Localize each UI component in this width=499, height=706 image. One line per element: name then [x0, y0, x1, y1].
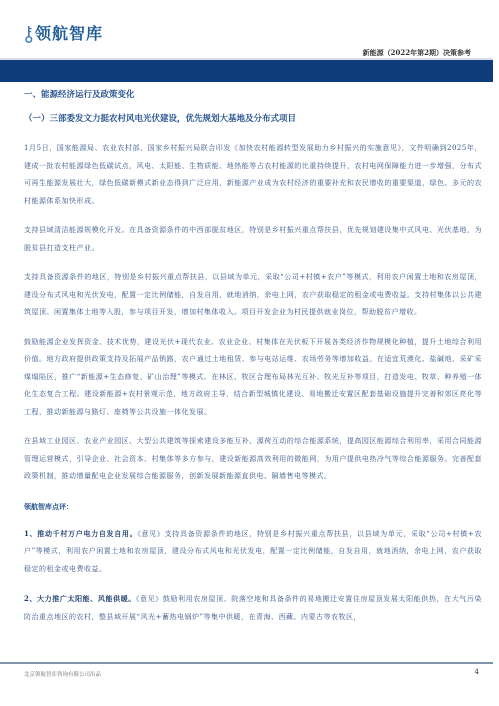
- publication-title: 新能源（2022年第2期）决策参考: [363, 48, 471, 58]
- paragraph: 1月5日，国家能源局、农业农村部、国家乡村振兴局联合印发《加快农村能源转型发展助…: [24, 140, 482, 210]
- footer-divider: [0, 662, 493, 664]
- logo: 领航智库: [24, 24, 103, 44]
- paragraph: 鼓励能源企业发挥资金、技术优势，建设光伏+现代农业。农业企业、村集体在光伏板下开…: [24, 334, 482, 422]
- key-icon: [24, 25, 33, 43]
- comment-item: 1、推动千村万户电力自发自用。《意见》支持具备资源条件的地区，特别是乡村振兴重点…: [24, 525, 482, 579]
- comment-item: 2、大力推广太阳能、风能供暖。《意见》鼓励利用农房屋顶、院落空地和具备条件的易地…: [24, 590, 482, 626]
- header-band: [0, 60, 493, 82]
- section-title: 一、能源经济运行及政策变化: [24, 88, 482, 102]
- comment-heading: 1、推动千村万户电力自发自用。: [24, 529, 137, 538]
- paragraph: 支持具备资源条件的地区，特别是乡村振兴重点帮扶县，以县域为单元，采取“公司+村镇…: [24, 269, 482, 322]
- document-body: 一、能源经济运行及政策变化 （一）三部委发文力挺农村风电光伏建设，优先规划大基地…: [24, 88, 482, 626]
- subsection-title: （一）三部委发文力挺农村风电光伏建设，优先规划大基地及分布式项目: [24, 112, 482, 126]
- comment-title: 领航智库点评：: [24, 498, 482, 515]
- paragraph: 在县域工业园区、农业产业园区、大型公共建筑等探索建设多能互补、源荷互动的综合能源…: [24, 433, 482, 486]
- footer-company: 北京领航智库咨询有限公司出品: [24, 670, 101, 678]
- logo-text: 领航智库: [35, 25, 103, 43]
- paragraph: 支持县域清洁能源规模化开发。在具备资源条件的中西部脱贫地区，特别是乡村振兴重点帮…: [24, 222, 482, 257]
- page-number: 4: [475, 668, 479, 676]
- comment-heading: 2、大力推广太阳能、风能供暖。: [24, 594, 136, 603]
